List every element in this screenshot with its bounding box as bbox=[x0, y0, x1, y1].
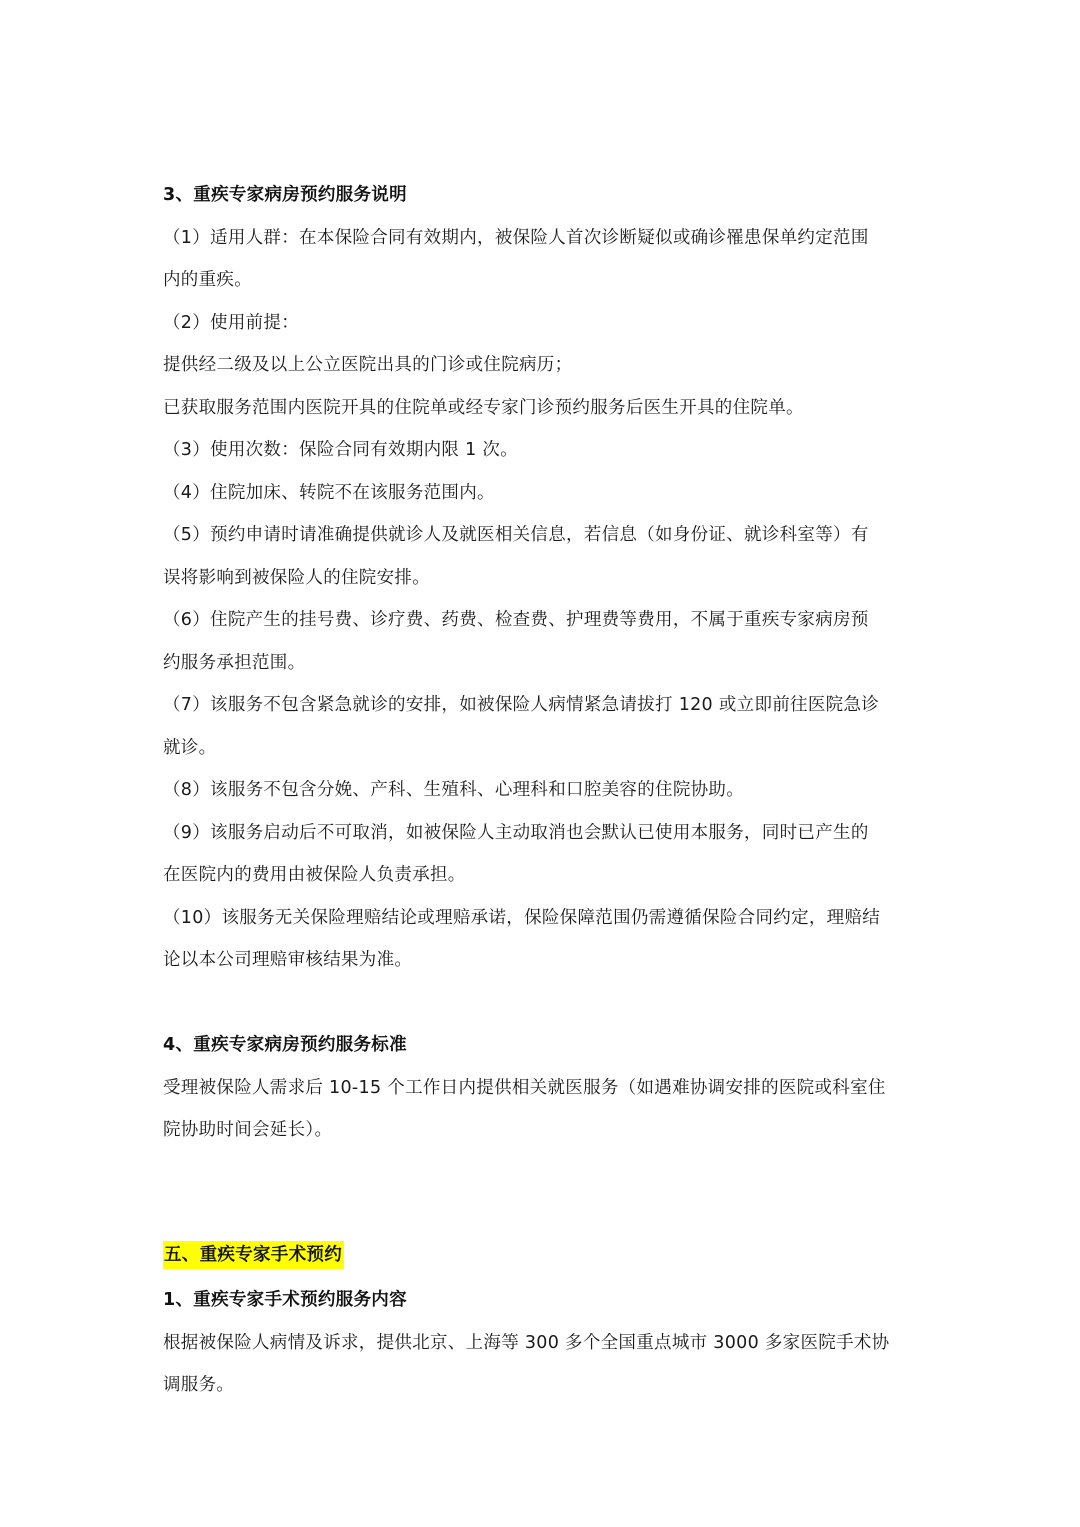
chapter-5-sub1-line: 根据被保险人病情及诉求，提供北京、上海等 300 多个全国重点城市 3000 多… bbox=[163, 1331, 923, 1355]
section-4-line: 受理被保险人需求后 10-15 个工作日内提供相关就医服务（如遇难协调安排的医院… bbox=[163, 1076, 923, 1100]
section-4-heading: 4、重疾专家病房预约服务标准 bbox=[163, 1033, 923, 1057]
section-4-line: 院协助时间会延长）。 bbox=[163, 1118, 923, 1142]
document-page: 3、重疾专家病房预约服务说明 （1）适用人群：在本保险合同有效期内，被保险人首次… bbox=[0, 0, 1080, 1527]
section-3-line: （7）该服务不包含紧急就诊的安排，如被保险人病情紧急请拔打 120 或立即前往医… bbox=[163, 693, 923, 717]
section-3-line: 就诊。 bbox=[163, 736, 923, 760]
section-3-line: （9）该服务启动后不可取消，如被保险人主动取消也会默认已使用本服务，同时已产生的 bbox=[163, 821, 923, 845]
section-3-line: 误将影响到被保险人的住院安排。 bbox=[163, 566, 923, 590]
section-3-line: 内的重疾。 bbox=[163, 268, 923, 292]
chapter-5-title-highlight: 五、重疾专家手术预约 bbox=[163, 1241, 344, 1269]
section-3-heading: 3、重疾专家病房预约服务说明 bbox=[163, 183, 923, 207]
section-3-line: （4）住院加床、转院不在该服务范围内。 bbox=[163, 481, 923, 505]
section-3-line: 论以本公司理赔审核结果为准。 bbox=[163, 948, 923, 972]
chapter-5-sub1-heading: 1、重疾专家手术预约服务内容 bbox=[163, 1288, 923, 1312]
section-3-line: （10）该服务无关保险理赔结论或理赔承诺，保险保障范围仍需遵循保险合同约定，理赔… bbox=[163, 906, 923, 930]
chapter-5-sub1-line: 调服务。 bbox=[163, 1373, 923, 1397]
chapter-5-title: 五、重疾专家手术预约 bbox=[163, 1243, 923, 1267]
section-3-line: 提供经二级及以上公立医院出具的门诊或住院病历； bbox=[163, 353, 923, 377]
section-3-line: （3）使用次数：保险合同有效期内限 1 次。 bbox=[163, 438, 923, 462]
section-3-line: （2）使用前提： bbox=[163, 311, 923, 335]
section-3-line: （8）该服务不包含分娩、产科、生殖科、心理科和口腔美容的住院协助。 bbox=[163, 778, 923, 802]
section-3-line: （6）住院产生的挂号费、诊疗费、药费、检查费、护理费等费用，不属于重疾专家病房预 bbox=[163, 608, 923, 632]
section-3-line: 在医院内的费用由被保险人负责承担。 bbox=[163, 863, 923, 887]
section-3-line: （1）适用人群：在本保险合同有效期内，被保险人首次诊断疑似或确诊罹患保单约定范围 bbox=[163, 226, 923, 250]
section-3-line: 约服务承担范围。 bbox=[163, 651, 923, 675]
section-3-line: 已获取服务范围内医院开具的住院单或经专家门诊预约服务后医生开具的住院单。 bbox=[163, 396, 923, 420]
section-3-line: （5）预约申请时请准确提供就诊人及就医相关信息，若信息（如身份证、就诊科室等）有 bbox=[163, 523, 923, 547]
